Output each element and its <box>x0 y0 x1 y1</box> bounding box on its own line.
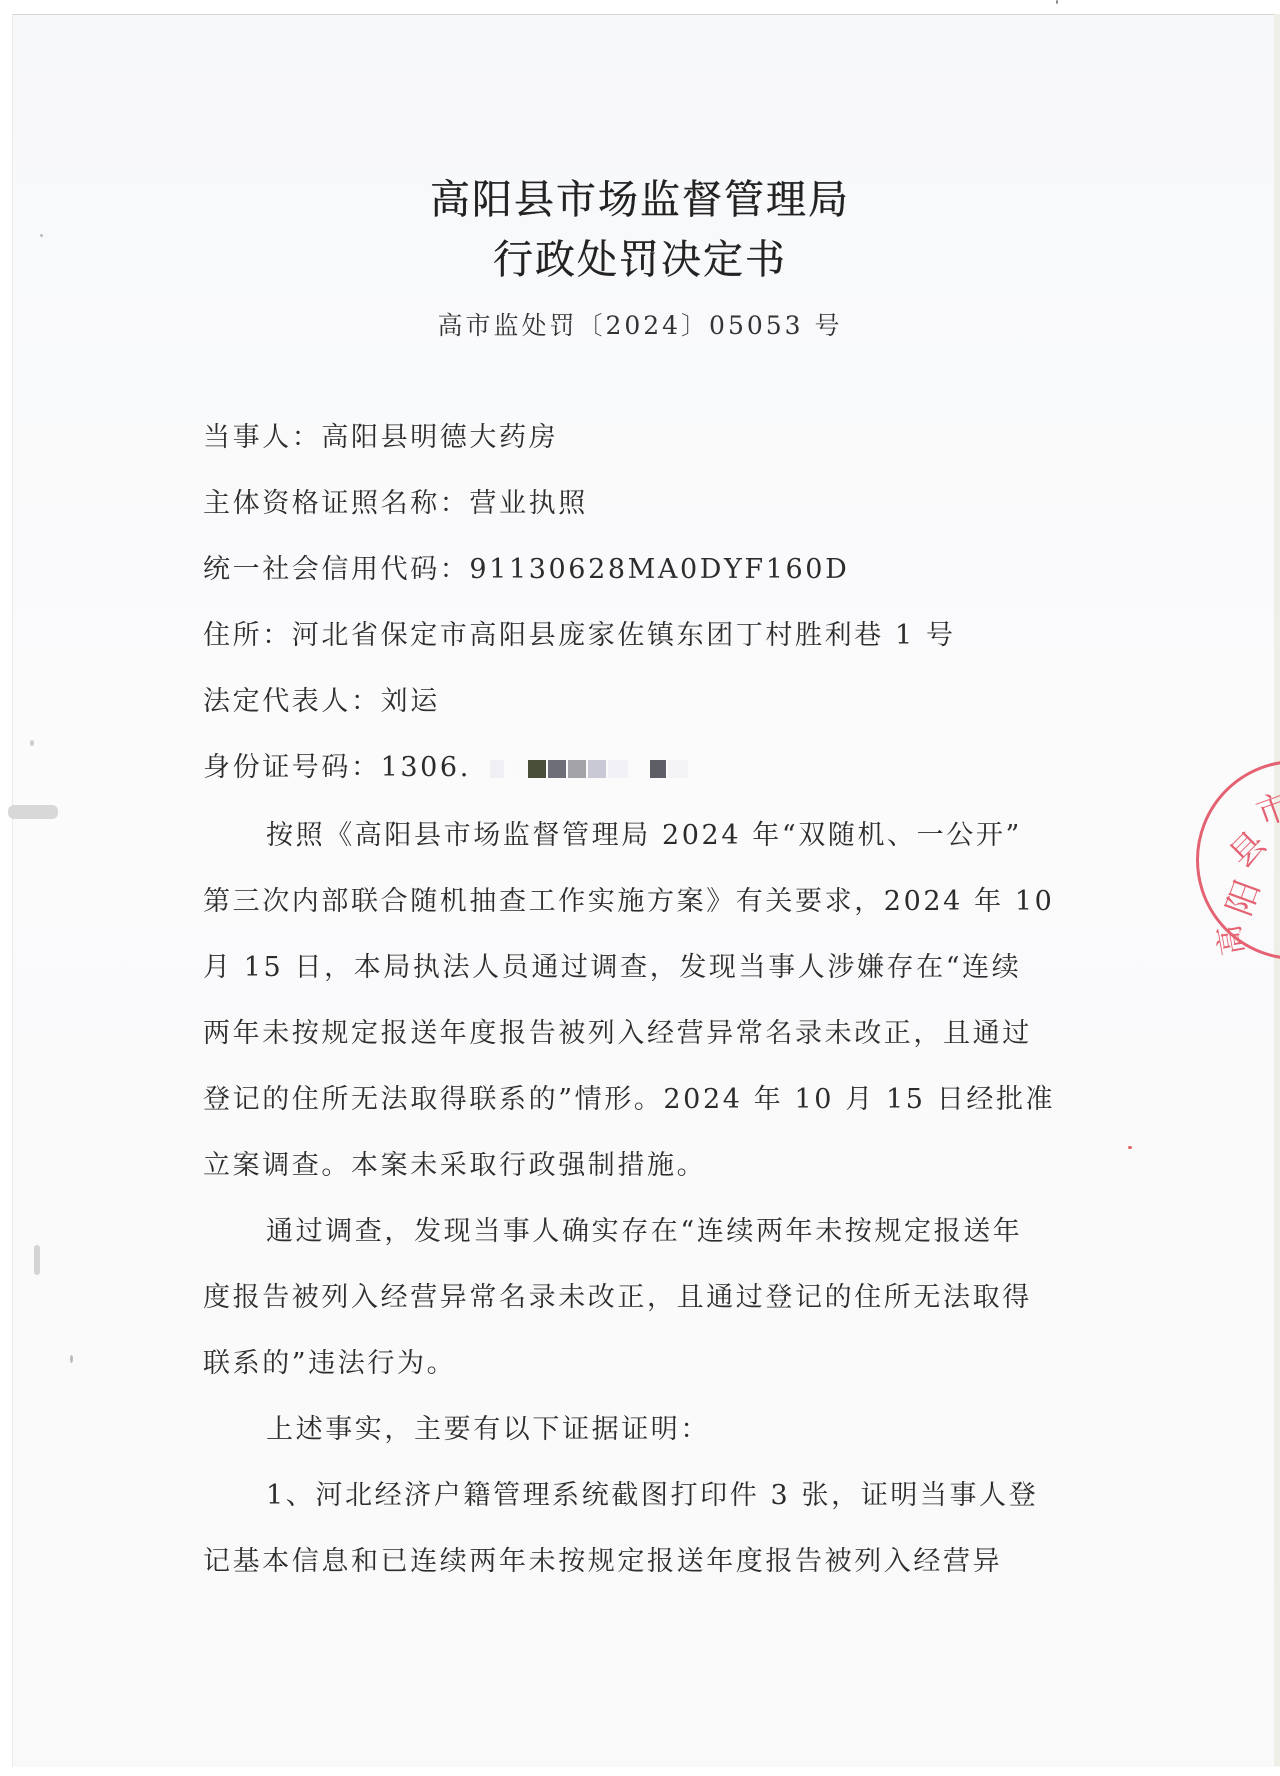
id-number-row: 身份证号码：1306. <box>203 750 1083 787</box>
scan-speck <box>1128 1146 1132 1149</box>
party-name: 当事人：高阳县明德大药房 <box>203 420 1083 456</box>
scan-speck <box>8 805 58 819</box>
body-line: 立案调查。本案未采取行政强制措施。 <box>203 1148 1083 1184</box>
seal-char: 高 <box>1215 923 1250 958</box>
license-name: 主体资格证照名称：营业执照 <box>203 486 1083 522</box>
body-line: 联系的”违法行为。 <box>203 1346 1083 1382</box>
body-line: 记基本信息和已连续两年未按规定报送年度报告被列入经营异 <box>203 1544 1083 1580</box>
seal-char: 阳 <box>1222 876 1266 920</box>
body-line: 1、河北经济户籍管理系统截图打印件 3 张，证明当事人登 <box>266 1478 1146 1514</box>
address: 住所：河北省保定市高阳县庞家佐镇东团丁村胜利巷 1 号 <box>203 618 1083 654</box>
scan-speck <box>34 1245 40 1275</box>
scan-speck <box>70 1355 73 1363</box>
legal-representative: 法定代表人：刘运 <box>203 684 1083 720</box>
body-line: 按照《高阳县市场监督管理局 2024 年“双随机、一公开” <box>266 818 1146 854</box>
body-line: 上述事实，主要有以下证据证明： <box>266 1412 1146 1448</box>
body-line: 登记的住所无法取得联系的”情形。2024 年 10 月 15 日经批准 <box>203 1082 1083 1118</box>
redaction-mosaic <box>488 751 688 787</box>
issuer-title: 高阳县市场监督管理局 <box>0 176 1280 224</box>
body-line: 通过调查，发现当事人确实存在“连续两年未按规定报送年 <box>266 1214 1146 1250</box>
scan-speck <box>30 740 34 746</box>
id-number-label: 身份证号码：1306. <box>203 752 471 783</box>
credit-code: 统一社会信用代码：91130628MA0DYF160D <box>203 552 1083 588</box>
scan-speck <box>1056 0 1058 4</box>
body-line: 两年未按规定报送年度报告被列入经营异常名录未改正，且通过 <box>203 1016 1083 1052</box>
document-type-title: 行政处罚决定书 <box>0 236 1280 284</box>
body-line: 度报告被列入经营异常名录未改正，且通过登记的住所无法取得 <box>203 1280 1083 1316</box>
body-line: 月 15 日，本局执法人员通过调查，发现当事人涉嫌存在“连续 <box>203 950 1083 986</box>
body-line: 第三次内部联合随机抽查工作实施方案》有关要求，2024 年 10 <box>203 884 1083 920</box>
scan-speck <box>40 234 43 237</box>
document-number: 高市监处罚〔2024〕05053 号 <box>0 310 1280 342</box>
seal-char: 市 <box>1252 788 1280 832</box>
